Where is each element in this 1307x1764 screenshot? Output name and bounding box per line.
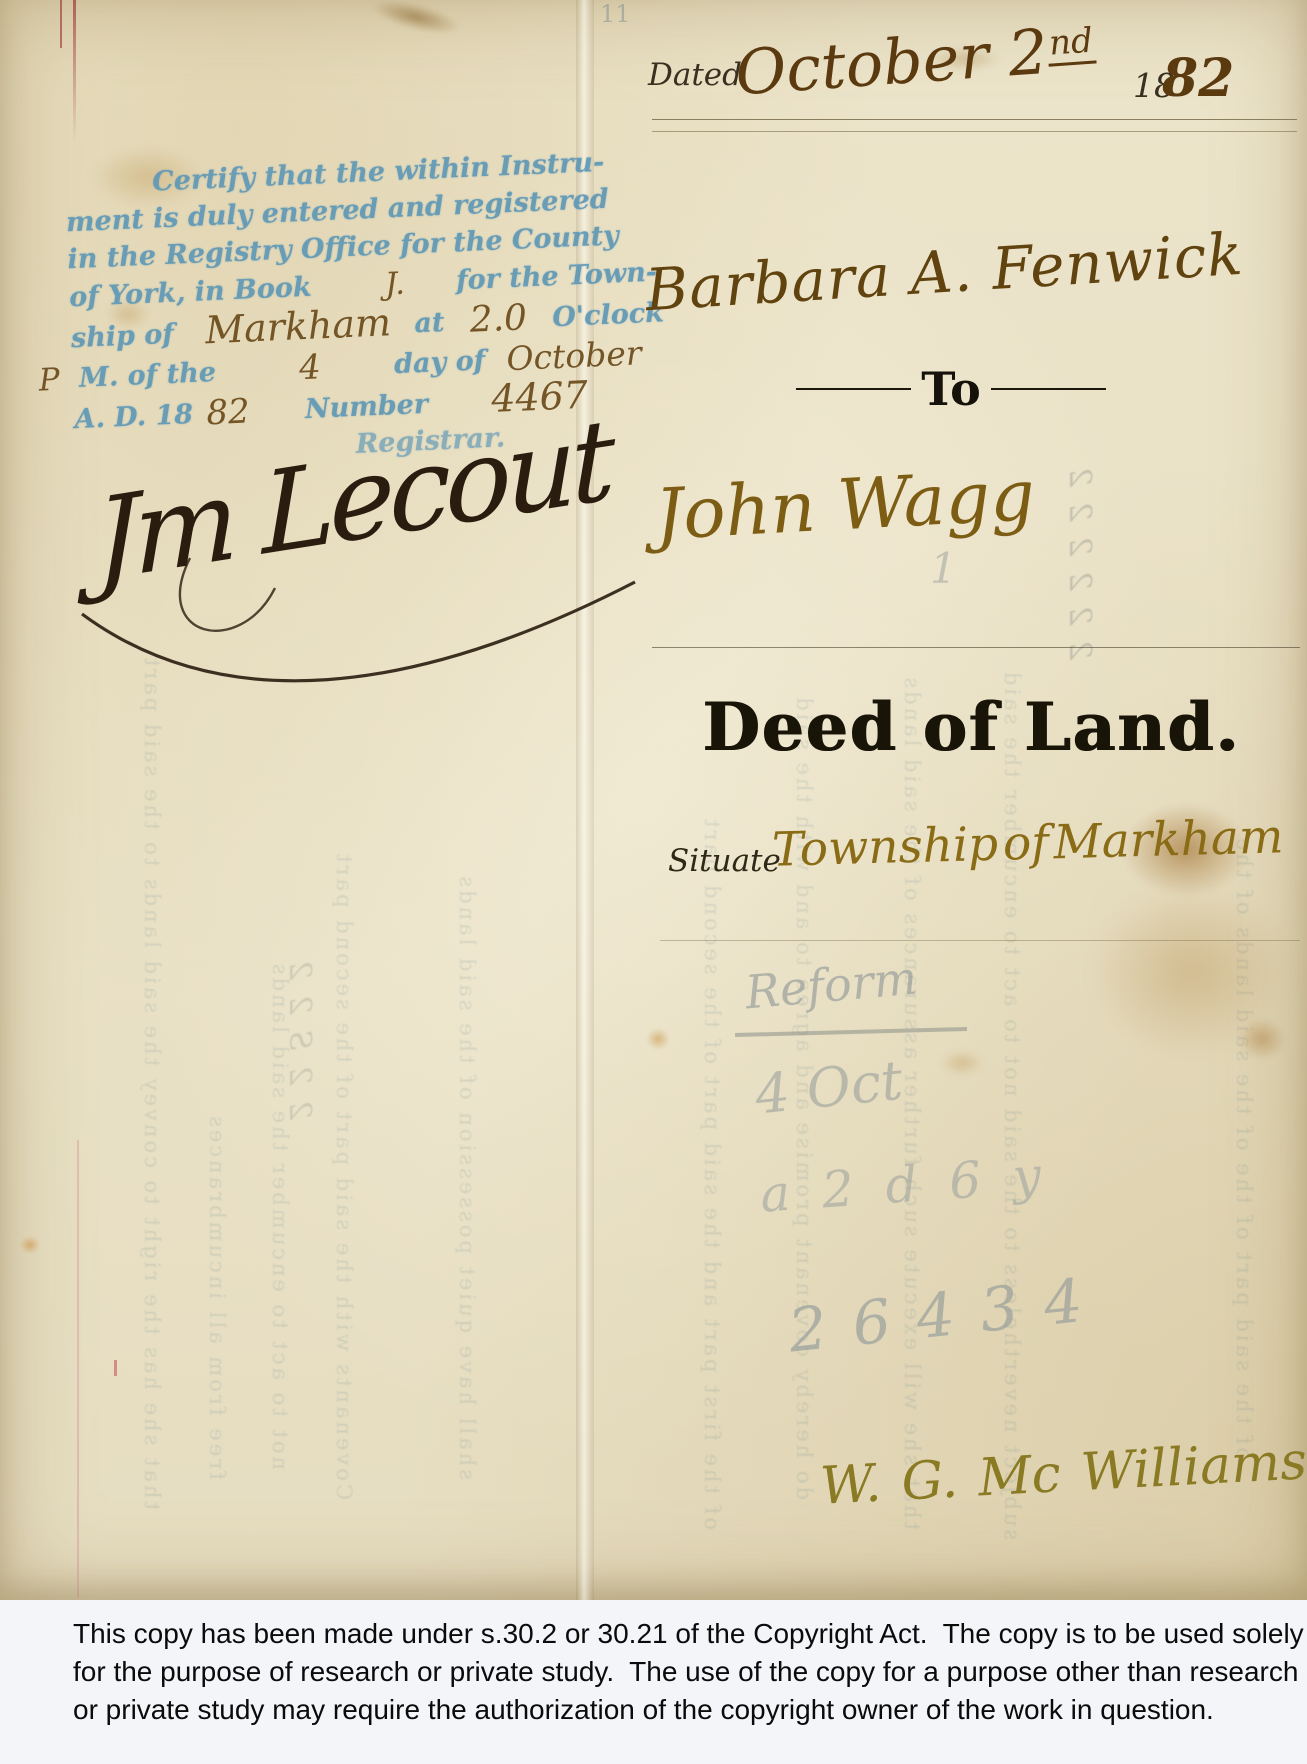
rule-line [652,131,1297,132]
stain [646,1028,670,1050]
stamp-text: ship of [70,319,174,354]
red-margin-line [60,0,62,48]
ink-entry-township: Markham [204,300,392,352]
ink-entry-month: October [506,333,643,378]
stamp-text: at [414,307,445,339]
rule-line [660,940,1300,941]
ink-entry-time: 2.0 [469,297,528,340]
red-margin-line [73,0,76,142]
rule-line [652,119,1297,120]
stain [20,1236,40,1254]
pink-margin-line [77,1140,79,1598]
stamp-text: A. D. 18 [74,399,194,435]
ghost-top-mark: 11 [600,0,631,28]
copyright-line: for the purpose of research or private s… [73,1656,1298,1688]
stamp-text: M. of the [78,357,216,394]
to-divider: To [796,362,1106,416]
dated-label: Dated [648,57,742,93]
copyright-line: This copy has been made under s.30.2 or … [73,1618,1304,1650]
copyright-notice-bar: This copy has been made under s.30.2 or … [0,1600,1307,1764]
pencil-mark: 1 [930,544,957,593]
stamp-text: day of [393,345,485,380]
situate-label: Situate [668,843,781,879]
ink-entry-year: 82 [206,392,251,434]
stain [940,1050,984,1076]
deed-title: Deed of Land. [640,688,1302,766]
ink-entry-meridiem: P [38,362,60,399]
ink-entry-day: 4 [298,347,321,388]
to-dash-left [796,388,911,390]
scanned-deed-page: that she has the right to convey the sai… [0,0,1307,1764]
handwritten-day-suffix: nd [1046,20,1097,66]
to-dash-right [991,388,1106,390]
stamp-text: Number [304,389,428,425]
rule-line [652,647,1300,648]
ink-entry-book: J. [384,266,405,303]
handwritten-year: 82 [1162,48,1234,109]
stain [1238,1018,1286,1060]
ghost-bleed-text: of the first part and the said part of t… [700,140,724,1530]
to-label: To [921,362,981,416]
red-tick-mark [114,1360,117,1376]
copyright-line: or private study may require the authori… [73,1694,1214,1726]
signature-flourish [70,548,650,718]
